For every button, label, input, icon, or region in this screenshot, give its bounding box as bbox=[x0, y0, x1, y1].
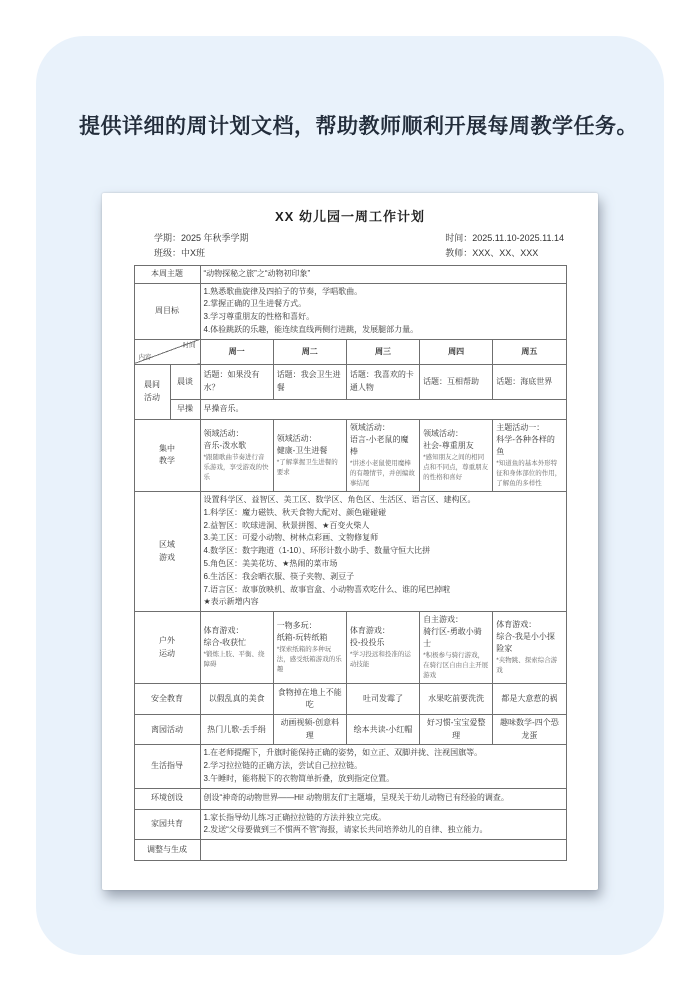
activity-name: 综合-收获忙 bbox=[204, 637, 270, 649]
activity-note: *知道鱼的基本外形特征和身体部位的作用，了解鱼的多样性 bbox=[496, 459, 562, 489]
goal-line: 1.熟悉歌曲旋律及四拍子的节奏，学唱歌曲。 bbox=[204, 286, 563, 299]
row-adjust: 调整与生成 bbox=[134, 840, 566, 861]
regional-line: 1.科学区：魔力磁铁、秋天食物大配对、颜色碰碰碰 bbox=[204, 507, 563, 520]
outdoor-cell-wednesday: 体育游戏： 投-投投乐 *学习投远和投准的运动技能 bbox=[346, 612, 419, 684]
document-title: XX 幼儿园一周工作计划 bbox=[102, 206, 598, 225]
activity-note: *锻炼上肢、平衡、绕障碍 bbox=[204, 650, 270, 670]
regional-line: 6.生活区：我会晒衣服、筷子夹物、剥豆子 bbox=[204, 571, 563, 584]
teaching-cell-friday: 主题活动一： 科学-各种各样的鱼 *知道鱼的基本外形特征和身体部位的作用，了解鱼… bbox=[493, 419, 566, 491]
regional-line: 设置科学区、益智区、美工区、数学区、角色区、生活区、语言区、建构区。 bbox=[204, 494, 563, 507]
weekly-plan-table: 本周主题 “动物探秘之旅”之“动物初印象” 周目标 1.熟悉歌曲旋律及四拍子的节… bbox=[134, 265, 567, 862]
regional-line: 4.数学区：数字跑道（1-10）、环形计数小助手、数量守恒大比拼 bbox=[204, 545, 563, 558]
family-label: 家园共育 bbox=[134, 809, 200, 840]
regional-line: 5.角色区：美美花坊、★热闹的菜市场 bbox=[204, 558, 563, 571]
chat-topic-cell: 话题：互相帮助 bbox=[420, 364, 493, 399]
activity-name: 综合-我是小小探险家 bbox=[496, 631, 562, 655]
life-line: 2.学习拉拉链的正确方法，尝试自己拉拉链。 bbox=[204, 760, 563, 773]
meta-teachers: 教师：XXX、XX、XXX bbox=[445, 246, 564, 261]
activity-name: 音乐-泼水歌 bbox=[204, 440, 270, 452]
safety-cell: 都是大意惹的祸 bbox=[493, 684, 566, 715]
outdoor-cell-tuesday: 一物多玩： 纸箱-玩转纸箱 *探索纸箱的多种玩法，感受纸箱游戏的乐趣 bbox=[273, 612, 346, 684]
activity-name: 投-投投乐 bbox=[350, 637, 416, 649]
meta-left: 学期：2025 年秋季学期 班级：中X班 bbox=[154, 231, 249, 262]
teaching-cell-monday: 领域活动： 音乐-泼水歌 *跟随歌曲节奏进行音乐游戏，享受游戏的快乐 bbox=[200, 419, 273, 491]
leaving-cell: 趣味数学-四个恐龙蛋 bbox=[493, 715, 566, 745]
meta-right: 时间：2025.11.10-2025.11.14 教师：XXX、XX、XXX bbox=[445, 231, 564, 262]
leaving-label: 离园活动 bbox=[134, 715, 200, 745]
corner-content-label: 内容 bbox=[139, 353, 152, 363]
life-line: 3.午睡时，能将脱下的衣物简单折叠，放到指定位置。 bbox=[204, 773, 563, 786]
day-header-monday: 周一 bbox=[200, 339, 273, 364]
activity-note: *跟随歌曲节奏进行音乐游戏，享受游戏的快乐 bbox=[204, 453, 270, 483]
activity-title: 领域活动： bbox=[350, 422, 416, 434]
activity-title: 领域活动： bbox=[277, 433, 343, 445]
outdoor-cell-thursday: 自主游戏： 骑行区-勇敢小骑士 *积极参与骑行游戏，在骑行区自由自主开展游戏 bbox=[420, 612, 493, 684]
corner-cell: 时间 内容 bbox=[134, 339, 200, 364]
row-environment: 环境创设 创设“神奇的动物世界——Hi! 动物朋友们”主题墙，呈现关于幼儿动物已… bbox=[134, 788, 566, 809]
life-label: 生活指导 bbox=[134, 745, 200, 788]
row-teaching: 集中 教学 领域活动： 音乐-泼水歌 *跟随歌曲节奏进行音乐游戏，享受游戏的快乐… bbox=[134, 419, 566, 491]
regional-line: 7.语言区：故事放映机、故事盲盒、小动物喜欢吃什么、谁的尾巴掉啦 bbox=[204, 584, 563, 597]
row-leaving: 离园活动 热门儿歌-丢手绢 动画视频-创意料理 绘本共读-小红帽 好习惯-宝宝爱… bbox=[134, 715, 566, 745]
activity-title: 主题活动一： bbox=[496, 422, 562, 434]
safety-cell: 吐司发霉了 bbox=[346, 684, 419, 715]
activity-note: *积极参与骑行游戏，在骑行区自由自主开展游戏 bbox=[423, 651, 489, 681]
goal-line: 4.体验跳跃的乐趣，能连续直线两侧行进跳，发展腿部力量。 bbox=[204, 324, 563, 337]
row-theme: 本周主题 “动物探秘之旅”之“动物初印象” bbox=[134, 265, 566, 283]
outdoor-cell-friday: 体育游戏： 综合-我是小小探险家 *夹物跳、探索综合游戏 bbox=[493, 612, 566, 684]
goals-label: 周目标 bbox=[134, 283, 200, 339]
chat-topic-cell: 话题：我喜欢的卡通人物 bbox=[346, 364, 419, 399]
activity-title: 一物多玩： bbox=[277, 620, 343, 632]
regional-line: 2.益智区：吹球进洞、秋景拼图、★百变火柴人 bbox=[204, 520, 563, 533]
exercise-cell: 早操音乐。 bbox=[200, 399, 566, 419]
intro-text: 提供详细的周计划文档，帮助教师顺利开展每周教学任务。 bbox=[58, 110, 650, 144]
activity-name: 科学-各种各样的鱼 bbox=[496, 434, 562, 458]
meta-class: 班级：中X班 bbox=[154, 246, 249, 261]
activity-title: 领域活动： bbox=[423, 428, 489, 440]
chat-topic-cell: 话题：海底世界 bbox=[493, 364, 566, 399]
regional-label: 区域 游戏 bbox=[134, 491, 200, 611]
weekly-plan-document: XX 幼儿园一周工作计划 学期：2025 年秋季学期 班级：中X班 时间：202… bbox=[102, 193, 598, 890]
safety-cell: 水果吃前要洗洗 bbox=[420, 684, 493, 715]
activity-note: *了解掌握卫生进餐的要求 bbox=[277, 458, 343, 478]
family-line: 1.家长指导幼儿练习正确拉拉链的方法并独立完成。 bbox=[204, 812, 563, 825]
life-cell: 1.在老师提醒下，升旗时能保持正确的姿势，如立正、双脚并拢、注视国旗等。 2.学… bbox=[200, 745, 566, 788]
corner-time-label: 时间 bbox=[183, 341, 196, 351]
activity-name: 语言-小老鼠的魔棒 bbox=[350, 434, 416, 458]
safety-label: 安全教育 bbox=[134, 684, 200, 715]
goals-cell: 1.熟悉歌曲旋律及四拍子的节奏，学唱歌曲。 2.掌握正确的卫生进餐方式。 3.学… bbox=[200, 283, 566, 339]
activity-title: 领域活动： bbox=[204, 428, 270, 440]
document-meta: 学期：2025 年秋季学期 班级：中X班 时间：2025.11.10-2025.… bbox=[102, 225, 598, 265]
day-header-tuesday: 周二 bbox=[273, 339, 346, 364]
activity-note: *夹物跳、探索综合游戏 bbox=[496, 656, 562, 676]
leaving-cell: 绘本共读-小红帽 bbox=[346, 715, 419, 745]
activity-note: *学习投远和投准的运动技能 bbox=[350, 650, 416, 670]
env-label: 环境创设 bbox=[134, 788, 200, 809]
activity-note: *探索纸箱的多种玩法，感受纸箱游戏的乐趣 bbox=[277, 645, 343, 675]
regional-line: ★表示新增内容 bbox=[204, 596, 563, 609]
teaching-label: 集中 教学 bbox=[134, 419, 200, 491]
family-line: 2.发送“父母要做到三不惯两不管”海报，请家长共同培养幼儿的自律、独立能力。 bbox=[204, 824, 563, 837]
activity-note: *讲述小老鼠使用魔棒的有趣情节，并创编故事结尾 bbox=[350, 459, 416, 489]
exercise-label: 早操 bbox=[170, 399, 200, 419]
day-header-wednesday: 周三 bbox=[346, 339, 419, 364]
activity-title: 自主游戏： bbox=[423, 614, 489, 626]
activity-name: 骑行区-勇敢小骑士 bbox=[423, 626, 489, 650]
activity-note: *感知朋友之间的相同点和不同点，尊重朋友的性格和喜好 bbox=[423, 453, 489, 483]
leaving-cell: 动画视频-创意料理 bbox=[273, 715, 346, 745]
env-cell: 创设“神奇的动物世界——Hi! 动物朋友们”主题墙，呈现关于幼儿动物已有经验的调… bbox=[200, 788, 566, 809]
row-family: 家园共育 1.家长指导幼儿练习正确拉拉链的方法并独立完成。 2.发送“父母要做到… bbox=[134, 809, 566, 840]
row-goals: 周目标 1.熟悉歌曲旋律及四拍子的节奏，学唱歌曲。 2.掌握正确的卫生进餐方式。… bbox=[134, 283, 566, 339]
row-regional-games: 区域 游戏 设置科学区、益智区、美工区、数学区、角色区、生活区、语言区、建构区。… bbox=[134, 491, 566, 611]
outdoor-cell-monday: 体育游戏： 综合-收获忙 *锻炼上肢、平衡、绕障碍 bbox=[200, 612, 273, 684]
row-outdoor: 户外 运动 体育游戏： 综合-收获忙 *锻炼上肢、平衡、绕障碍 一物多玩： 纸箱… bbox=[134, 612, 566, 684]
chat-label: 晨谈 bbox=[170, 364, 200, 399]
activity-title: 体育游戏： bbox=[350, 625, 416, 637]
theme-value: “动物探秘之旅”之“动物初印象” bbox=[200, 265, 566, 283]
activity-name: 健康-卫生进餐 bbox=[277, 445, 343, 457]
goal-line: 3.学习尊重朋友的性格和喜好。 bbox=[204, 311, 563, 324]
life-line: 1.在老师提醒下，升旗时能保持正确的姿势，如立正、双脚并拢、注视国旗等。 bbox=[204, 747, 563, 760]
activity-title: 体育游戏： bbox=[496, 619, 562, 631]
leaving-cell: 好习惯-宝宝爱整理 bbox=[420, 715, 493, 745]
morning-label: 晨间 活动 bbox=[134, 364, 170, 419]
safety-cell: 以假乱真的美食 bbox=[200, 684, 273, 715]
chat-topic-cell: 话题：如果没有水？ bbox=[200, 364, 273, 399]
meta-semester: 学期：2025 年秋季学期 bbox=[154, 231, 249, 246]
leaving-cell: 热门儿歌-丢手绢 bbox=[200, 715, 273, 745]
row-morning-chat: 晨间 活动 晨谈 话题：如果没有水？ 话题：我会卫生进餐 话题：我喜欢的卡通人物… bbox=[134, 364, 566, 399]
activity-title: 体育游戏： bbox=[204, 625, 270, 637]
safety-cell: 食物掉在地上不能吃 bbox=[273, 684, 346, 715]
regional-cell: 设置科学区、益智区、美工区、数学区、角色区、生活区、语言区、建构区。 1.科学区… bbox=[200, 491, 566, 611]
regional-line: 3.美工区：可爱小动物、树林点彩画、文物修复师 bbox=[204, 532, 563, 545]
family-cell: 1.家长指导幼儿练习正确拉拉链的方法并独立完成。 2.发送“父母要做到三不惯两不… bbox=[200, 809, 566, 840]
chat-topic-cell: 话题：我会卫生进餐 bbox=[273, 364, 346, 399]
meta-time: 时间：2025.11.10-2025.11.14 bbox=[445, 231, 564, 246]
goal-line: 2.掌握正确的卫生进餐方式。 bbox=[204, 298, 563, 311]
adjust-cell bbox=[200, 840, 566, 861]
row-day-headers: 时间 内容 周一 周二 周三 周四 周五 bbox=[134, 339, 566, 364]
activity-name: 社会-尊重朋友 bbox=[423, 440, 489, 452]
row-safety: 安全教育 以假乱真的美食 食物掉在地上不能吃 吐司发霉了 水果吃前要洗洗 都是大… bbox=[134, 684, 566, 715]
teaching-cell-wednesday: 领域活动： 语言-小老鼠的魔棒 *讲述小老鼠使用魔棒的有趣情节，并创编故事结尾 bbox=[346, 419, 419, 491]
row-life-guidance: 生活指导 1.在老师提醒下，升旗时能保持正确的姿势，如立正、双脚并拢、注视国旗等… bbox=[134, 745, 566, 788]
day-header-friday: 周五 bbox=[493, 339, 566, 364]
teaching-cell-tuesday: 领域活动： 健康-卫生进餐 *了解掌握卫生进餐的要求 bbox=[273, 419, 346, 491]
theme-label: 本周主题 bbox=[134, 265, 200, 283]
activity-name: 纸箱-玩转纸箱 bbox=[277, 632, 343, 644]
day-header-thursday: 周四 bbox=[420, 339, 493, 364]
adjust-label: 调整与生成 bbox=[134, 840, 200, 861]
teaching-cell-thursday: 领域活动： 社会-尊重朋友 *感知朋友之间的相同点和不同点，尊重朋友的性格和喜好 bbox=[420, 419, 493, 491]
row-morning-exercise: 早操 早操音乐。 bbox=[134, 399, 566, 419]
outdoor-label: 户外 运动 bbox=[134, 612, 200, 684]
